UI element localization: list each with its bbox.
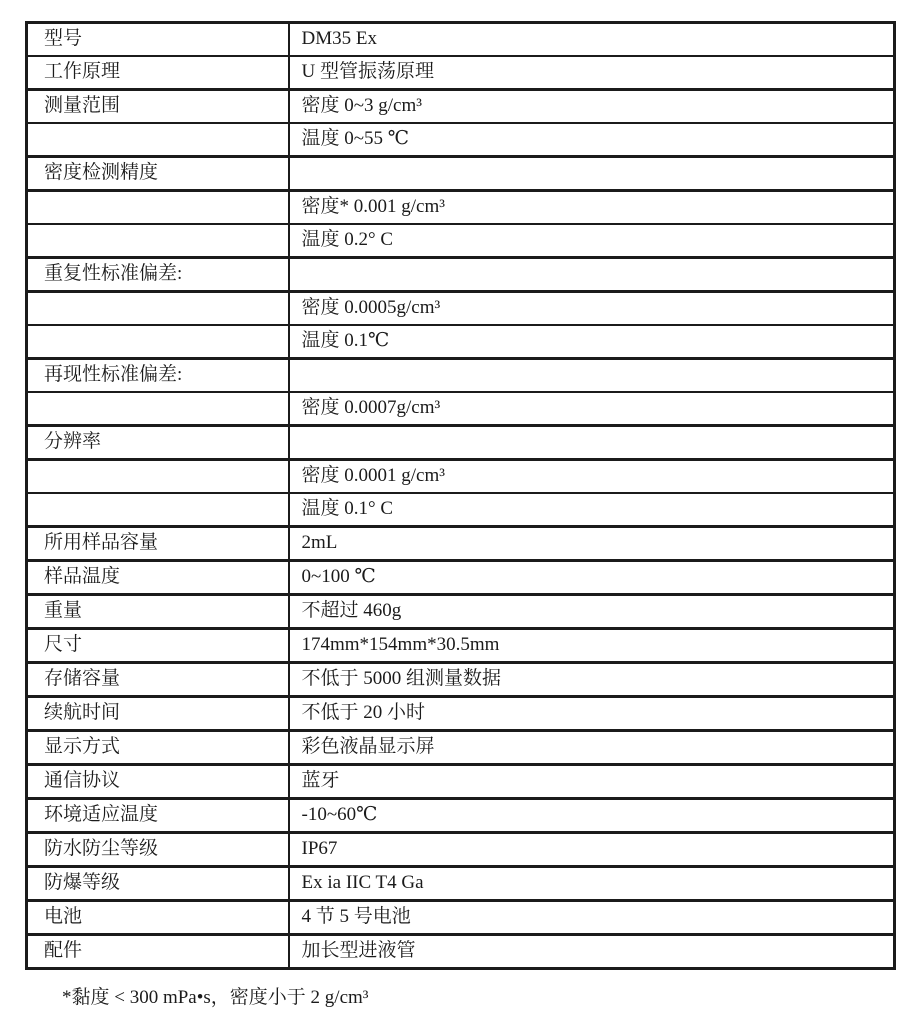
- spec-value: 密度 0.0005g/cm³: [289, 292, 895, 326]
- spec-label: 重复性标准偏差:: [27, 258, 289, 292]
- table-row: 电池 4 节 5 号电池: [27, 901, 895, 935]
- table-row: 防爆等级 Ex ia IIC T4 Ga: [27, 867, 895, 901]
- spec-value: 温度 0.1℃: [289, 325, 895, 359]
- spec-label: 测量范围: [27, 90, 289, 124]
- table-row: 温度 0~55 ℃: [27, 123, 895, 157]
- table-row: 密度 0.0001 g/cm³: [27, 460, 895, 494]
- spec-label: [27, 123, 289, 157]
- spec-label: 防水防尘等级: [27, 833, 289, 867]
- table-row: 重复性标准偏差:: [27, 258, 895, 292]
- spec-value: IP67: [289, 833, 895, 867]
- spec-value: U 型管振荡原理: [289, 56, 895, 90]
- spec-label: [27, 392, 289, 426]
- spec-label: 样品温度: [27, 561, 289, 595]
- table-row: 密度 0.0007g/cm³: [27, 392, 895, 426]
- table-row: 续航时间 不低于 20 小时: [27, 697, 895, 731]
- spec-label: [27, 460, 289, 494]
- spec-value: [289, 157, 895, 191]
- spec-value: 密度 0.0001 g/cm³: [289, 460, 895, 494]
- table-row: 样品温度 0~100 ℃: [27, 561, 895, 595]
- table-row: 环境适应温度 -10~60℃: [27, 799, 895, 833]
- table-row: 存储容量 不低于 5000 组测量数据: [27, 663, 895, 697]
- spec-label: 工作原理: [27, 56, 289, 90]
- spec-label: 环境适应温度: [27, 799, 289, 833]
- spec-value: Ex ia IIC T4 Ga: [289, 867, 895, 901]
- table-row: 测量范围 密度 0~3 g/cm³: [27, 90, 895, 124]
- spec-value: 温度 0.1° C: [289, 493, 895, 527]
- table-row: 温度 0.2° C: [27, 224, 895, 258]
- table-row: 重量 不超过 460g: [27, 595, 895, 629]
- table-row: 型号 DM35 Ex: [27, 23, 895, 57]
- table-row: 密度 0.0005g/cm³: [27, 292, 895, 326]
- table-row: 防水防尘等级 IP67: [27, 833, 895, 867]
- spec-table: 型号 DM35 Ex 工作原理 U 型管振荡原理 测量范围 密度 0~3 g/c…: [25, 21, 896, 970]
- spec-value: 蓝牙: [289, 765, 895, 799]
- table-row: 温度 0.1℃: [27, 325, 895, 359]
- spec-value: 温度 0.2° C: [289, 224, 895, 258]
- spec-label: 再现性标准偏差:: [27, 359, 289, 393]
- spec-label: 型号: [27, 23, 289, 57]
- spec-value: 2mL: [289, 527, 895, 561]
- table-row: 密度* 0.001 g/cm³: [27, 191, 895, 225]
- spec-label: 电池: [27, 901, 289, 935]
- footnote: *黏度 < 300 mPa•s，密度小于 2 g/cm³: [62, 982, 368, 1009]
- spec-label: [27, 224, 289, 258]
- spec-value: 密度* 0.001 g/cm³: [289, 191, 895, 225]
- table-row: 所用样品容量 2mL: [27, 527, 895, 561]
- spec-label: [27, 292, 289, 326]
- spec-value: 4 节 5 号电池: [289, 901, 895, 935]
- spec-label: 所用样品容量: [27, 527, 289, 561]
- spec-value: [289, 359, 895, 393]
- spec-value: [289, 426, 895, 460]
- spec-label: 重量: [27, 595, 289, 629]
- table-row: 温度 0.1° C: [27, 493, 895, 527]
- spec-value: 不超过 460g: [289, 595, 895, 629]
- table-row: 分辨率: [27, 426, 895, 460]
- spec-value: DM35 Ex: [289, 23, 895, 57]
- spec-label: 配件: [27, 935, 289, 969]
- spec-value: 加长型进液管: [289, 935, 895, 969]
- spec-label: 通信协议: [27, 765, 289, 799]
- spec-value: 温度 0~55 ℃: [289, 123, 895, 157]
- spec-value: 不低于 20 小时: [289, 697, 895, 731]
- table-row: 显示方式 彩色液晶显示屏: [27, 731, 895, 765]
- spec-label: 续航时间: [27, 697, 289, 731]
- spec-value: -10~60℃: [289, 799, 895, 833]
- spec-label: 存储容量: [27, 663, 289, 697]
- spec-label: 密度检测精度: [27, 157, 289, 191]
- spec-label: [27, 493, 289, 527]
- spec-label: 尺寸: [27, 629, 289, 663]
- table-row: 工作原理 U 型管振荡原理: [27, 56, 895, 90]
- spec-value: [289, 258, 895, 292]
- spec-label: 防爆等级: [27, 867, 289, 901]
- table-row: 再现性标准偏差:: [27, 359, 895, 393]
- spec-value: 彩色液晶显示屏: [289, 731, 895, 765]
- spec-value: 密度 0.0007g/cm³: [289, 392, 895, 426]
- spec-value: 不低于 5000 组测量数据: [289, 663, 895, 697]
- spec-label: [27, 325, 289, 359]
- document-page: 型号 DM35 Ex 工作原理 U 型管振荡原理 测量范围 密度 0~3 g/c…: [0, 0, 911, 1024]
- spec-value: 0~100 ℃: [289, 561, 895, 595]
- spec-label: 分辨率: [27, 426, 289, 460]
- spec-label: 显示方式: [27, 731, 289, 765]
- spec-value: 密度 0~3 g/cm³: [289, 90, 895, 124]
- table-row: 配件 加长型进液管: [27, 935, 895, 969]
- table-row: 尺寸 174mm*154mm*30.5mm: [27, 629, 895, 663]
- spec-label: [27, 191, 289, 225]
- table-row: 密度检测精度: [27, 157, 895, 191]
- spec-value: 174mm*154mm*30.5mm: [289, 629, 895, 663]
- table-row: 通信协议 蓝牙: [27, 765, 895, 799]
